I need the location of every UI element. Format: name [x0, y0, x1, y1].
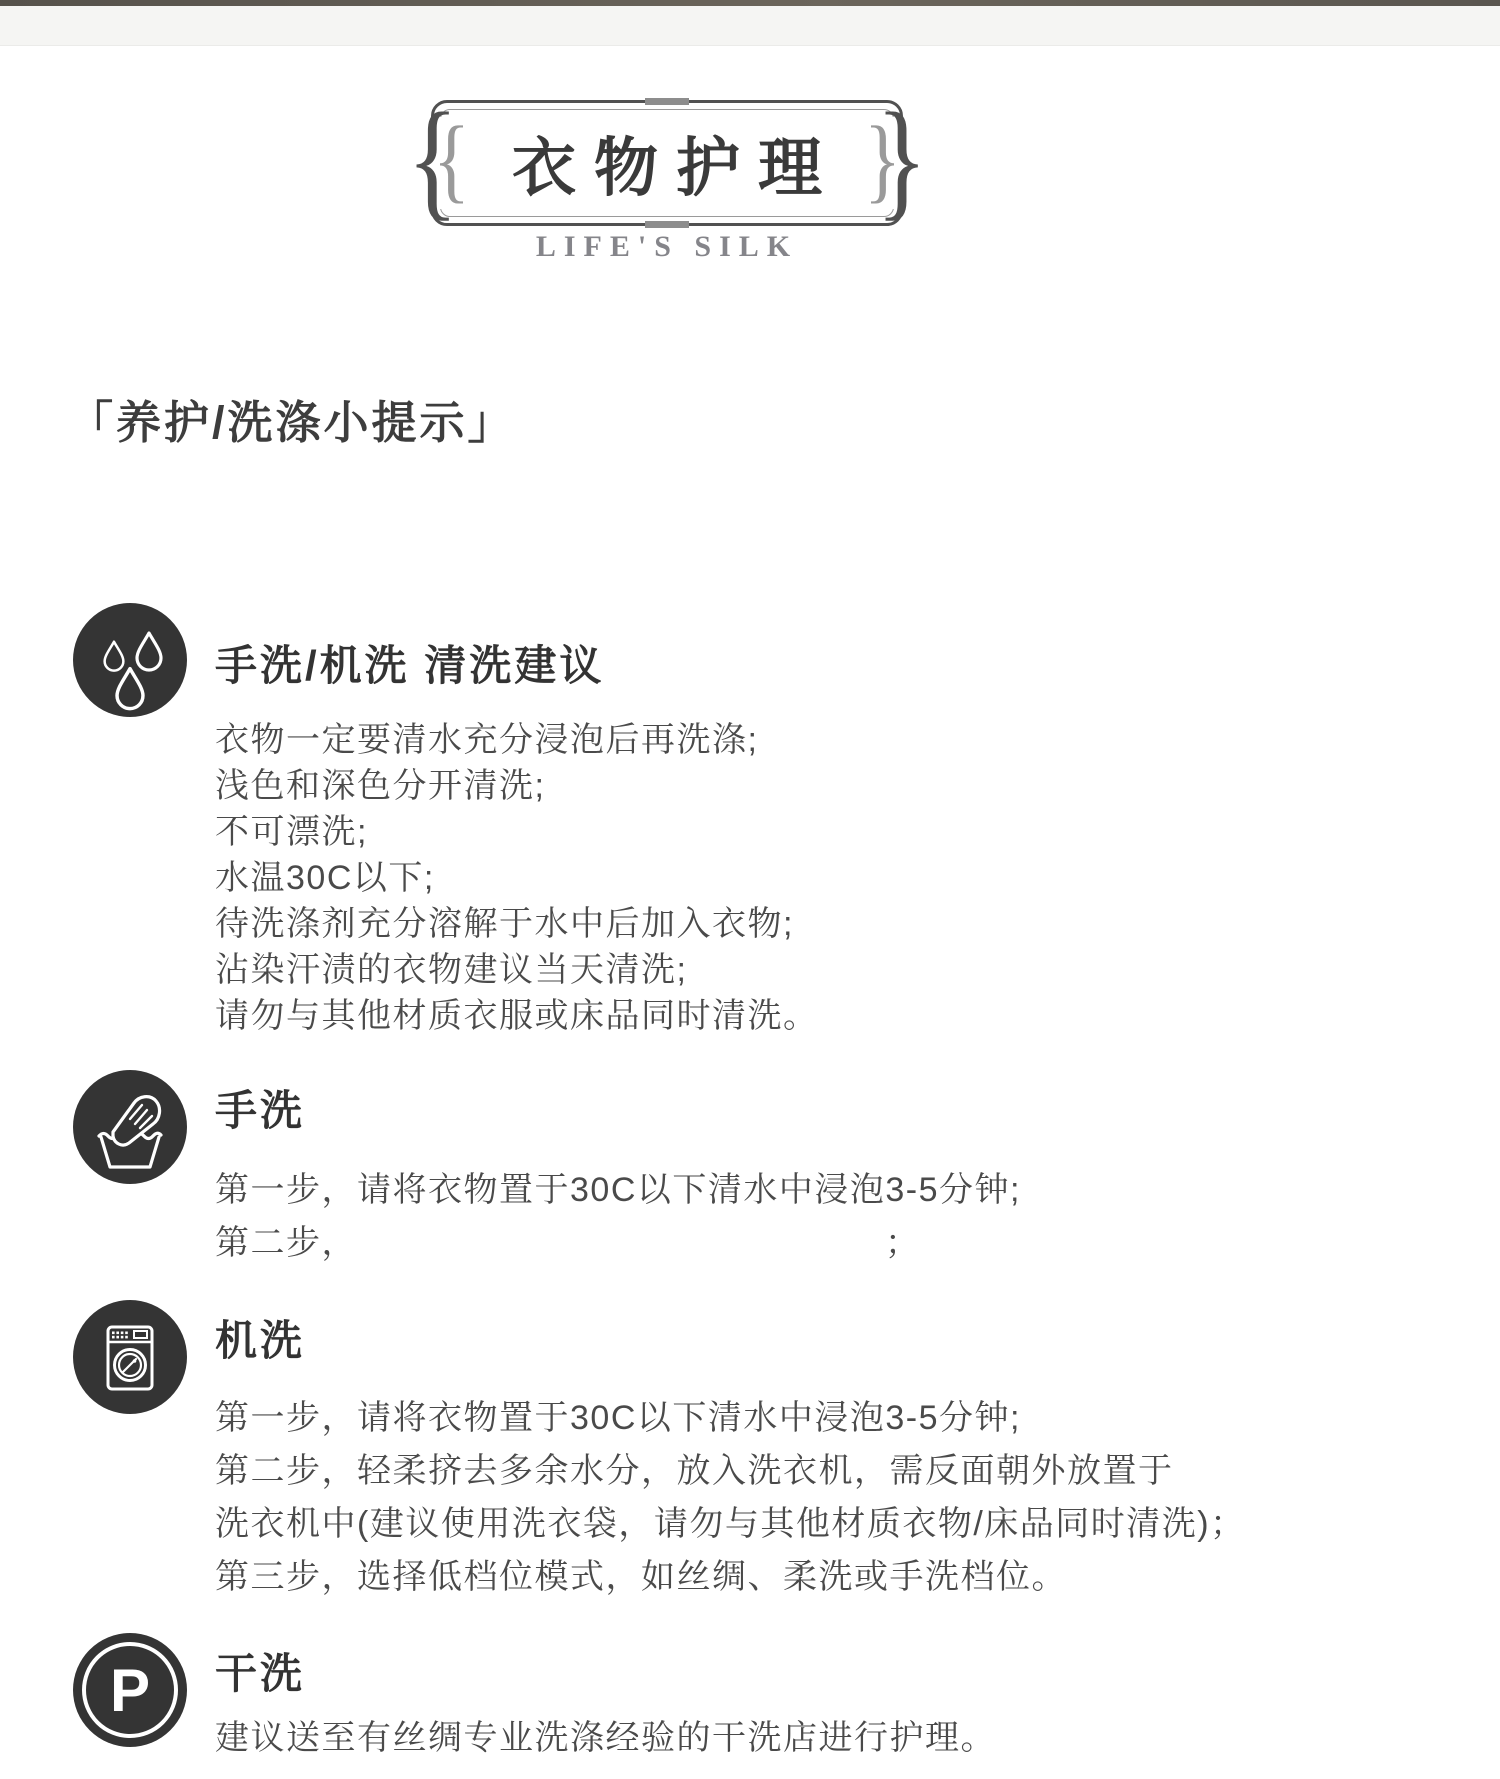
hand-wash-icon: [73, 1070, 187, 1184]
top-gray-band: [0, 6, 1500, 46]
care-step-line: 第一步，请将衣物置于30C以下清水中浸泡3-5分钟;: [215, 1164, 1455, 1217]
section-lines: 建议送至有丝绸专业洗涤经验的干洗店进行护理。: [215, 1715, 1455, 1761]
garment-care-page: { { } } 衣物护理 LIFE'S SILK 「养护/洗涤小提示」 手洗/机…: [0, 0, 1500, 1779]
care-step-line: 洗衣机中(建议使用洗衣袋，请勿与其他材质衣物/床品同时清洗)；: [215, 1498, 1455, 1551]
care-tip-line: 不可漂洗;: [215, 809, 1455, 855]
section-machine-wash: 机洗 第一步，请将衣物置于30C以下清水中浸泡3-5分钟; 第二步，轻柔挤去多余…: [73, 1300, 1455, 1604]
section-lines: 第一步，请将衣物置于30C以下清水中浸泡3-5分钟; 第二步，轻柔挤去多余水分，…: [215, 1392, 1455, 1604]
section-title: 机洗: [215, 1308, 1455, 1368]
machine-wash-icon: [73, 1300, 187, 1414]
care-step-line: 第二步，；: [215, 1217, 1455, 1270]
care-tip-line: 建议送至有丝绸专业洗涤经验的干洗店进行护理。: [215, 1715, 1455, 1761]
section-wash-advice: 手洗/机洗 清洗建议 衣物一定要清水充分浸泡后再洗涤; 浅色和深色分开清洗; 不…: [73, 603, 1455, 1039]
care-tip-line: 衣物一定要清水充分浸泡后再洗涤;: [215, 717, 1455, 763]
section-dry-clean: P 干洗 建议送至有丝绸专业洗涤经验的干洗店进行护理。: [73, 1633, 1455, 1761]
dry-clean-p-icon: P: [73, 1633, 187, 1747]
water-drops-icon: [73, 603, 187, 717]
care-step-line: 第一步，请将衣物置于30C以下清水中浸泡3-5分钟;: [215, 1392, 1455, 1445]
brand-subtitle: LIFE'S SILK: [0, 230, 1334, 264]
care-tip-line: 沾染汗渍的衣物建议当天清洗;: [215, 947, 1455, 993]
care-tip-line: 浅色和深色分开清洗;: [215, 763, 1455, 809]
care-tip-line: 水温30C以下;: [215, 855, 1455, 901]
care-tip-line: 待洗涤剂充分溶解于水中后加入衣物;: [215, 901, 1455, 947]
section-title: 干洗: [215, 1641, 1455, 1701]
step-suffix: ；: [885, 1224, 921, 1262]
section-lines: 衣物一定要清水充分浸泡后再洗涤; 浅色和深色分开清洗; 不可漂洗; 水温30C以…: [215, 717, 1455, 1039]
page-title: 衣物护理: [431, 100, 903, 226]
section-hand-wash: 手洗 第一步，请将衣物置于30C以下清水中浸泡3-5分钟; 第二步，；: [73, 1070, 1455, 1270]
section-lines: 第一步，请将衣物置于30C以下清水中浸泡3-5分钟; 第二步，；: [215, 1164, 1455, 1270]
care-tip-line: 请勿与其他材质衣服或床品同时清洗。: [215, 993, 1455, 1039]
svg-text:P: P: [110, 1657, 150, 1724]
step-prefix: 第二步，: [215, 1224, 340, 1262]
header-frame: { { } } 衣物护理: [431, 100, 903, 226]
section-title: 手洗/机洗 清洗建议: [215, 633, 1455, 693]
care-step-line: 第二步，轻柔挤去多余水分，放入洗衣机，需反面朝外放置于: [215, 1445, 1455, 1498]
care-step-line: 第三步，选择低档位模式，如丝绸、柔洗或手洗档位。: [215, 1551, 1455, 1604]
section-title: 手洗: [215, 1078, 1455, 1138]
tips-heading: 「养护/洗涤小提示」: [68, 386, 516, 451]
